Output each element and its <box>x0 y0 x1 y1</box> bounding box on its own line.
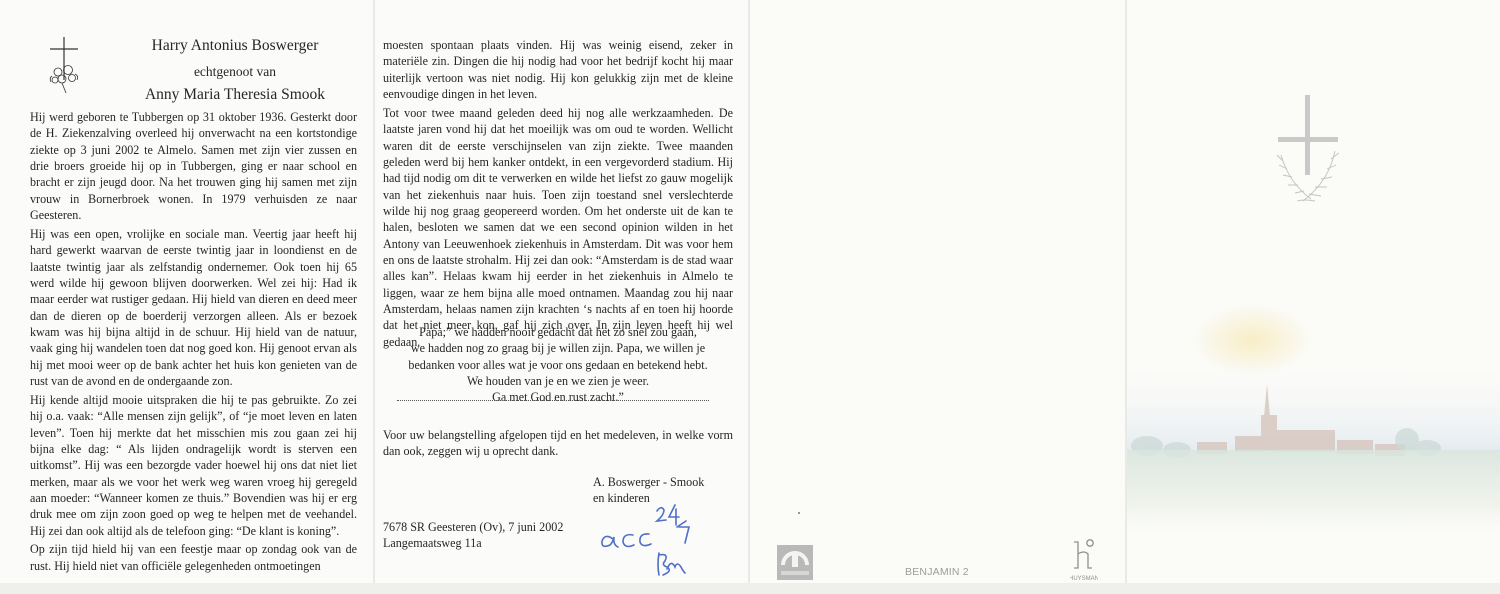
spouse-name: Anny Maria Theresia Smook <box>100 86 370 104</box>
paragraph: Hij werd geboren te Tubbergen op 31 okto… <box>30 109 357 223</box>
paragraph: moesten spontaan plaats vinden. Hij was … <box>383 37 733 102</box>
card-panel-center-left: moesten spontaan plaats vinden. Hij was … <box>375 0 748 583</box>
cross-with-flowers-icon <box>46 36 82 96</box>
card-panel-right <box>1127 0 1500 583</box>
biography-text-part1: Hij werd geboren te Tubbergen op 31 okto… <box>30 109 357 577</box>
product-name: BENJAMIN 2 <box>905 566 969 578</box>
fold-line <box>748 0 750 594</box>
card-panel-left: Harry Antonius Boswerger echtgenoot van … <box>0 0 373 583</box>
village-church-landscape-illustration <box>1127 300 1500 583</box>
svg-text:HUYSMAN: HUYSMAN <box>1070 576 1098 582</box>
poem-line: bedanken voor alles wat je voor ons geda… <box>383 357 733 373</box>
fold-line <box>1125 0 1127 594</box>
fold-line <box>373 0 375 594</box>
thanks-text: Voor uw belangstelling afgelopen tijd en… <box>383 427 733 460</box>
huysman-logo-icon: HUYSMAN HUYSMAN <box>1070 538 1098 584</box>
deceased-name: Harry Antonius Boswerger <box>100 37 370 55</box>
paragraph: Tot voor twee maand geleden deed hij nog… <box>383 105 733 350</box>
scan-edge <box>0 583 1500 594</box>
paper-speck <box>798 512 800 514</box>
spouse-label: echtgenoot van <box>100 64 370 80</box>
dotted-divider <box>397 400 709 401</box>
poem-line: Papa;” we hadden nooit gedacht dat het z… <box>383 324 733 340</box>
poem-line: Ga met God en rust zacht.” <box>383 389 733 405</box>
address-line: 7678 SR Geesteren (Ov), 7 juni 2002 <box>383 519 563 535</box>
biography-text-part2: moesten spontaan plaats vinden. Hij was … <box>383 37 733 353</box>
paragraph: Op zijn tijd hield hij van een feestje m… <box>30 541 357 574</box>
farewell-poem: Papa;” we hadden nooit gedacht dat het z… <box>383 324 733 406</box>
card-panel-center-right: BENJAMIN 2 HUYSMAN HUYSMAN <box>750 0 1125 583</box>
address-line: Langemaatsweg 11a <box>383 535 563 551</box>
address: 7678 SR Geesteren (Ov), 7 juni 2002 Lang… <box>383 519 563 552</box>
paragraph: Hij was een open, vrolijke en sociale ma… <box>30 226 357 389</box>
poem-line: we hadden nog zo graag bij je willen zij… <box>383 340 733 356</box>
printer-logo-icon <box>777 545 813 580</box>
signature-line: A. Boswerger - Smook <box>593 474 704 490</box>
poem-line: We houden van je en we zien je weer. <box>383 373 733 389</box>
handwritten-note: acc 24/7 Bm <box>593 497 713 577</box>
paragraph: Hij kende altijd mooie uitspraken die hi… <box>30 392 357 539</box>
cross-with-palm-icon <box>1275 95 1341 210</box>
